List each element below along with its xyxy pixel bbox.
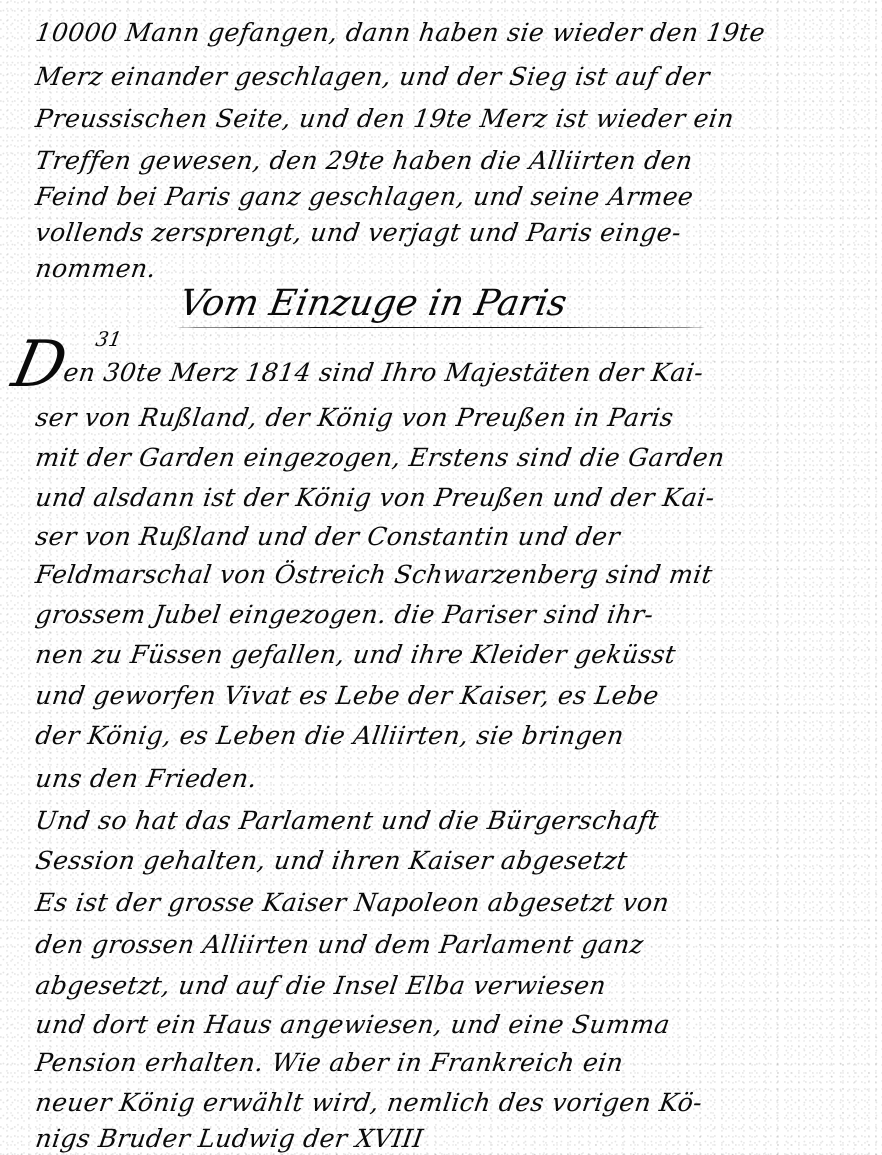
section-heading: Vom Einzuge in Paris (176, 283, 570, 324)
text-line-4: Treffen gewesen, den 29te haben die Alli… (34, 148, 856, 173)
text-line-22: den grossen Alliirten und dem Parlament … (34, 932, 856, 957)
text-line-26: neuer König erwählt wird, nemlich des vo… (34, 1090, 856, 1115)
text-line-12: ser von Rußland und der Constantin und d… (34, 524, 856, 549)
text-line-7: nommen. (34, 256, 856, 281)
text-line-15: nen zu Füssen gefallen, und ihre Kleider… (34, 642, 856, 667)
text-line-18: uns den Frieden. (34, 766, 856, 791)
text-line-17: der König, es Leben die Alliirten, sie b… (34, 723, 856, 748)
text-line-23: abgesetzt, und auf die Insel Elba verwie… (34, 973, 856, 998)
date-correction-note: 31 (94, 327, 124, 351)
drop-cap-letter: D (6, 328, 73, 402)
manuscript-page: 10000 Mann gefangen, dann haben sie wied… (0, 0, 882, 1155)
text-line-3: Preussischen Seite, und den 19te Merz is… (34, 106, 856, 131)
text-line-13: Feldmarschal von Östreich Schwarzenberg … (34, 562, 856, 587)
text-line-27: nigs Bruder Ludwig der XVIII (34, 1126, 856, 1151)
text-line-10: mit der Garden eingezogen, Erstens sind … (34, 445, 856, 470)
text-line-14: grossem Jubel eingezogen. die Pariser si… (34, 602, 856, 627)
text-line-11: und alsdann ist der König von Preußen un… (34, 485, 856, 510)
text-line-9: ser von Rußland, der König von Preußen i… (34, 405, 856, 430)
text-line-5: Feind bei Paris ganz geschlagen, und sei… (34, 184, 856, 209)
text-line-1: 10000 Mann gefangen, dann haben sie wied… (34, 20, 856, 45)
text-line-19: Und so hat das Parlament und die Bürgers… (34, 808, 856, 833)
text-line-21: Es ist der grosse Kaiser Napoleon abgese… (34, 890, 856, 915)
text-line-8: en 30te Merz 1814 sind Ihro Majestäten d… (62, 360, 856, 385)
text-line-25: Pension erhalten. Wie aber in Frankreich… (34, 1050, 856, 1075)
text-line-6: vollends zersprengt, und verjagt und Par… (34, 220, 856, 245)
text-line-20: Session gehalten, und ihren Kaiser abges… (34, 848, 856, 873)
text-line-24: und dort ein Haus angewiesen, und eine S… (34, 1012, 856, 1037)
text-line-16: und geworfen Vivat es Lebe der Kaiser, e… (34, 683, 856, 708)
text-line-2: Merz einander geschlagen, und der Sieg i… (34, 64, 856, 89)
heading-underline (176, 327, 706, 328)
